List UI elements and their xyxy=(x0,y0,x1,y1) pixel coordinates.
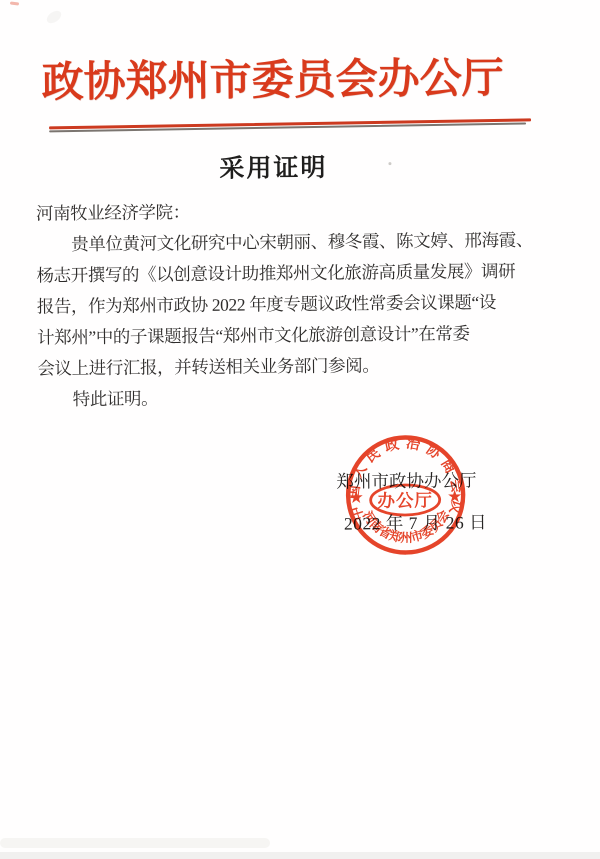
official-seal: 中国人民政治协商会议 河南省郑州市委员会 ★ ★ 办公厅 xyxy=(338,427,473,562)
document-page: 政协郑州市委员会办公厅 采用证明 河南牧业经济学院： 贵单位黄河文化研究中心宋朝… xyxy=(0,0,600,859)
salutation: 河南牧业经济学院： xyxy=(36,194,520,230)
document-body: 河南牧业经济学院： 贵单位黄河文化研究中心宋朝丽、穆冬霞、陈文婷、邢海霞、 杨志… xyxy=(36,194,522,416)
seal-star-left-icon: ★ xyxy=(348,488,363,507)
letterhead-divider xyxy=(49,118,531,132)
document-content: 政协郑州市委员会办公厅 采用证明 河南牧业经济学院： 贵单位黄河文化研究中心宋朝… xyxy=(0,0,600,859)
body-line-3: 报告，作为郑州市政协 2022 年度专题议政性常委会议课题“设 xyxy=(37,287,521,323)
body-line-2: 杨志开撰写的《以创意设计助推郑州文化旅游高质量发展》调研 xyxy=(36,256,520,292)
body-line-5: 会议上进行汇报，并转送相关业务部门参阅。 xyxy=(37,349,521,385)
seal-star-right-icon: ★ xyxy=(447,487,462,506)
body-line-1: 贵单位黄河文化研究中心宋朝丽、穆冬霞、陈文婷、邢海霞、 xyxy=(36,225,520,261)
body-line-4: 计郑州”中的子课题报告“郑州市文化旅游创意设计”在常委 xyxy=(37,318,521,354)
seal-center-text: 办公厅 xyxy=(377,490,433,511)
document-title: 采用证明 xyxy=(0,146,550,187)
letterhead-org-name: 政协郑州市委员会办公厅 xyxy=(0,56,549,107)
closing-line: 特此证明。 xyxy=(38,380,522,416)
